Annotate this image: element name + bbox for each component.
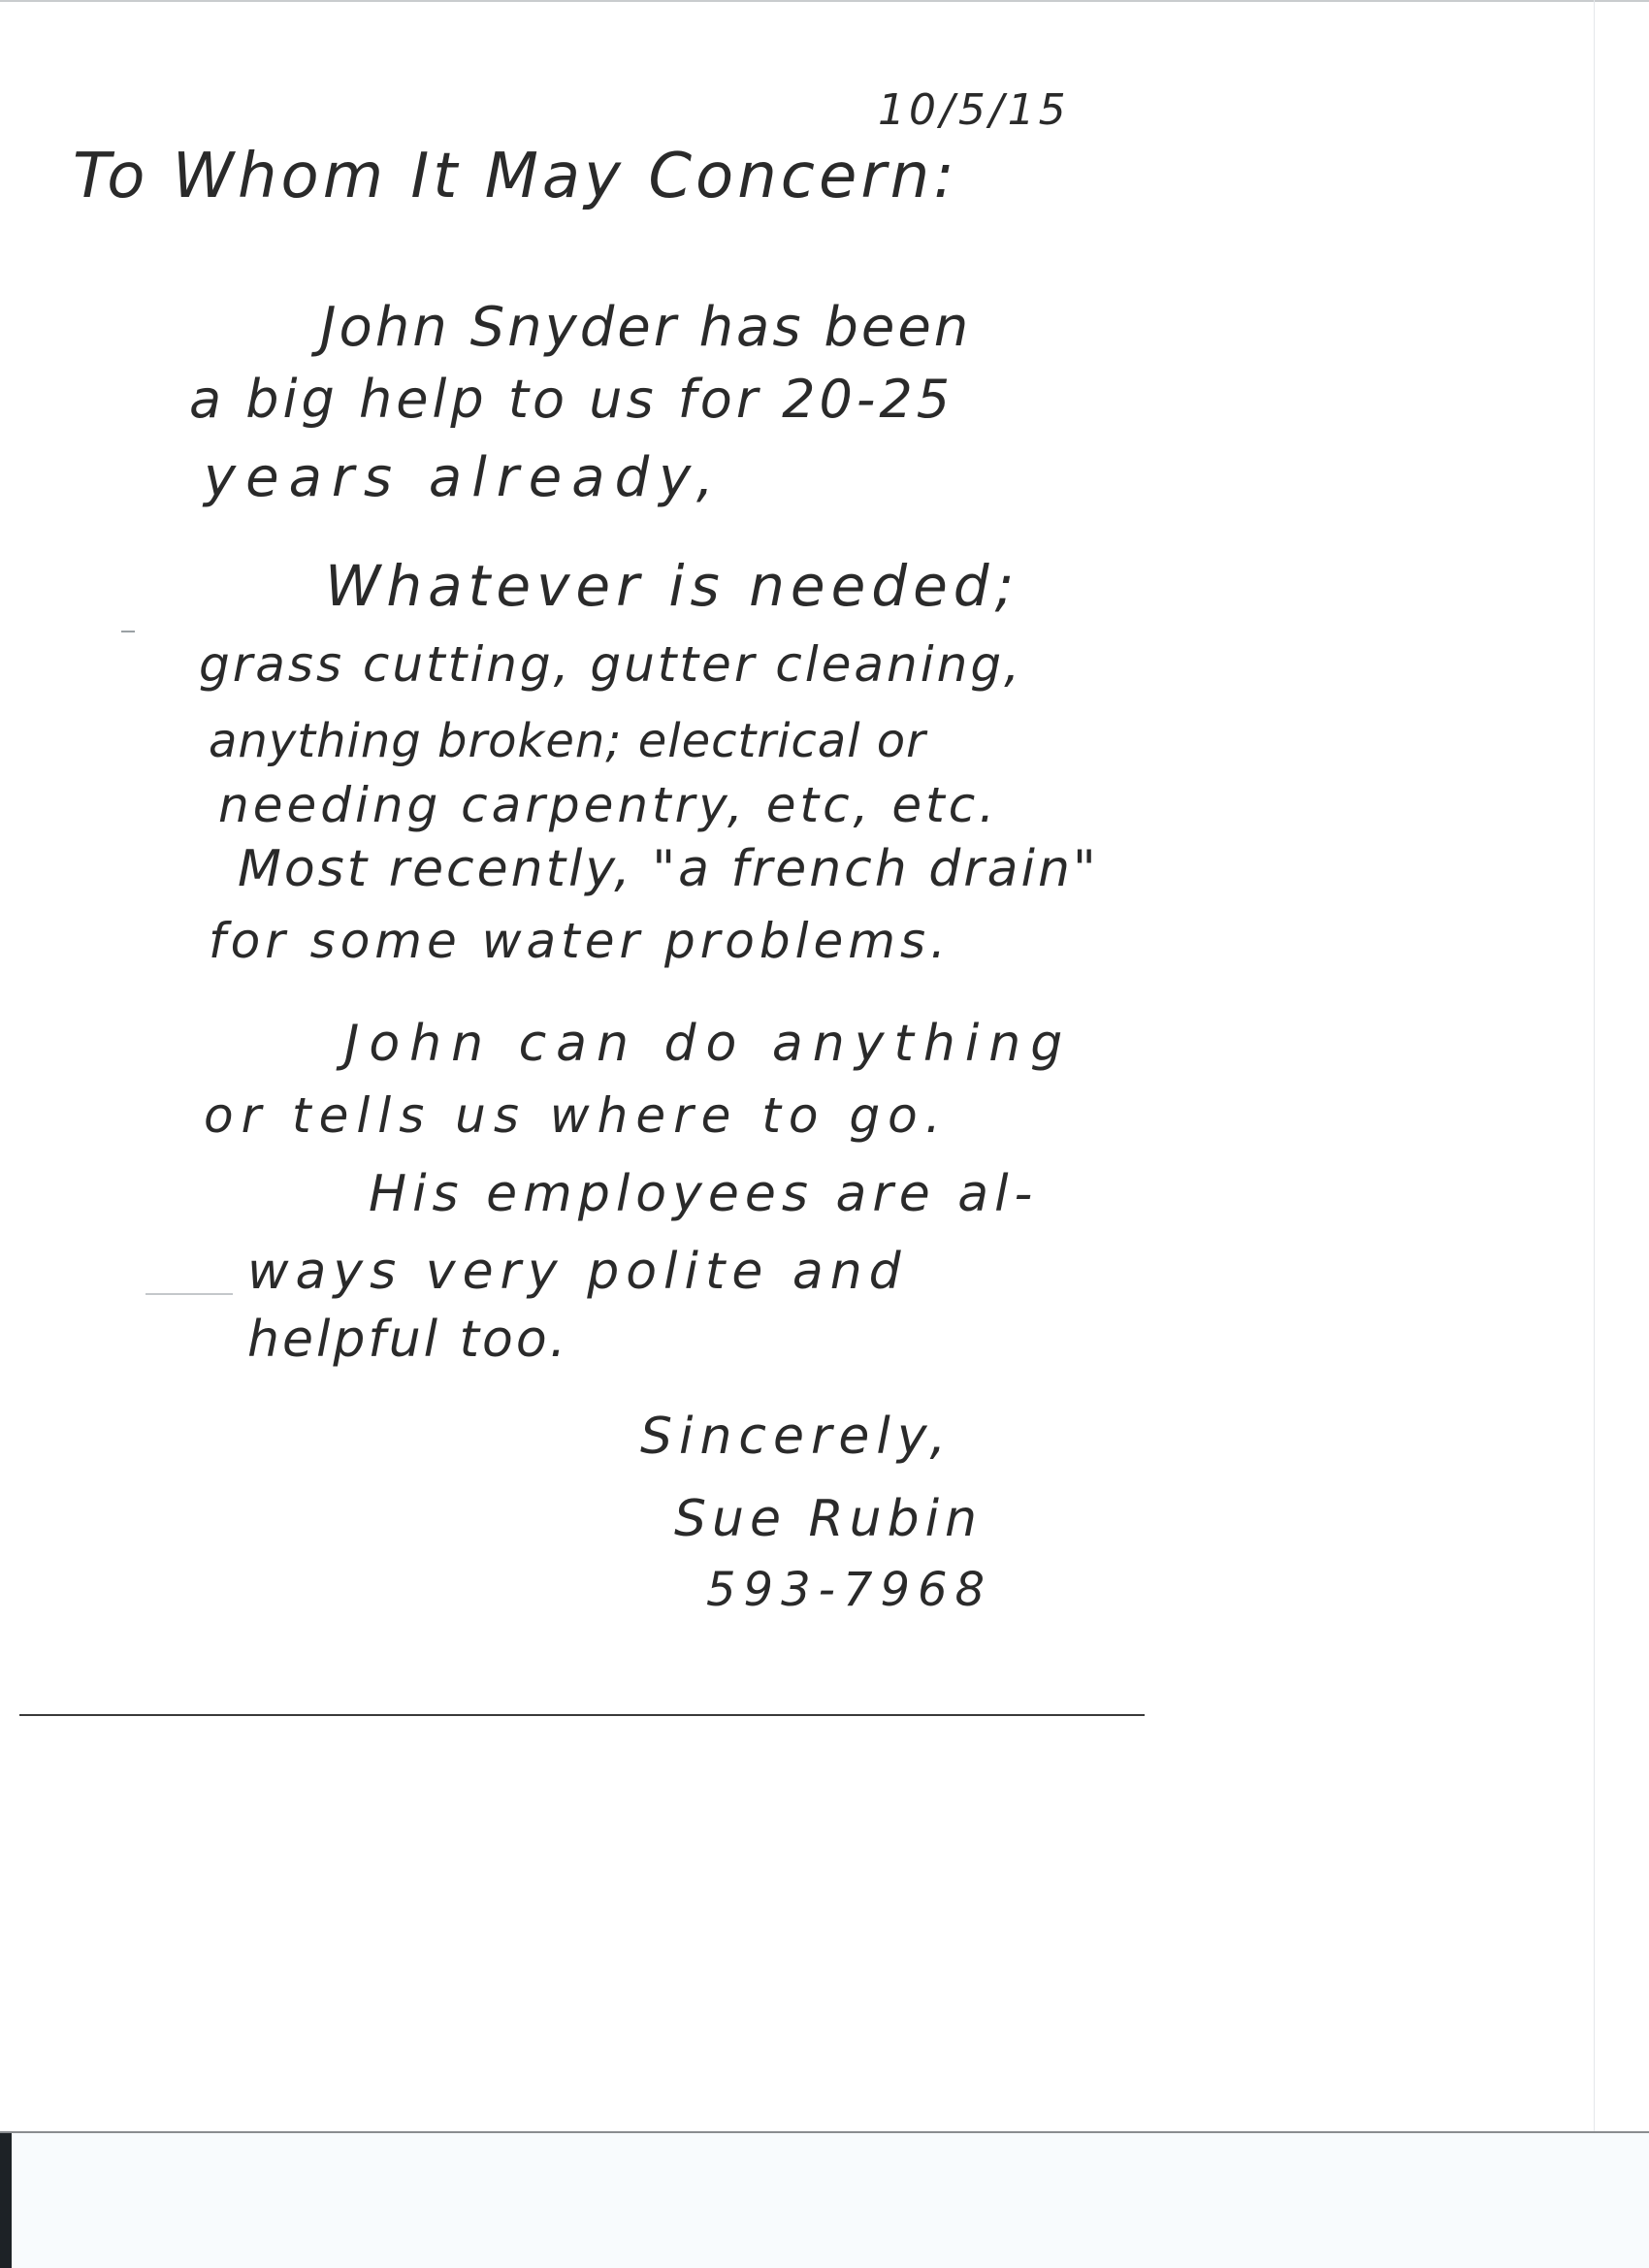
signer-name: Sue Rubin bbox=[674, 1494, 983, 1544]
scanner-edge-bar bbox=[0, 2133, 12, 2268]
letter-date: 10/5/15 bbox=[878, 89, 1070, 132]
body-line: helpful too. bbox=[247, 1314, 568, 1365]
signer-phone: 593-7968 bbox=[706, 1567, 992, 1613]
body-line: ways very polite and bbox=[247, 1247, 908, 1297]
body-line: John Snyder has been bbox=[320, 301, 971, 355]
body-line: a big help to us for 20-25 bbox=[189, 373, 954, 426]
body-line: anything broken; electrical or bbox=[209, 718, 926, 764]
paper-right-edge bbox=[1594, 0, 1595, 2131]
scanner-bed bbox=[0, 2133, 1649, 2268]
letter-page: 10/5/15 To Whom It May Concern: John Sny… bbox=[0, 0, 1649, 2133]
body-line: John can do anything bbox=[344, 1019, 1072, 1069]
body-line: for some water problems. bbox=[209, 917, 951, 965]
body-line: or tells us where to go. bbox=[204, 1091, 949, 1140]
body-line: Whatever is needed; bbox=[325, 558, 1019, 614]
body-line: grass cutting, gutter cleaning, bbox=[199, 640, 1022, 689]
closing: Sincerely, bbox=[640, 1411, 953, 1462]
scan-speck bbox=[121, 631, 135, 632]
salutation: To Whom It May Concern: bbox=[73, 146, 958, 208]
horizontal-rule bbox=[19, 1714, 1145, 1716]
body-line: His employees are al- bbox=[369, 1169, 1038, 1219]
scan-speck bbox=[145, 1293, 233, 1295]
body-line: Most recently, "a french drain" bbox=[238, 844, 1099, 894]
paper-top-edge bbox=[0, 0, 1649, 2]
body-line: years already, bbox=[204, 451, 724, 505]
body-line: needing carpentry, etc, etc. bbox=[218, 781, 998, 829]
